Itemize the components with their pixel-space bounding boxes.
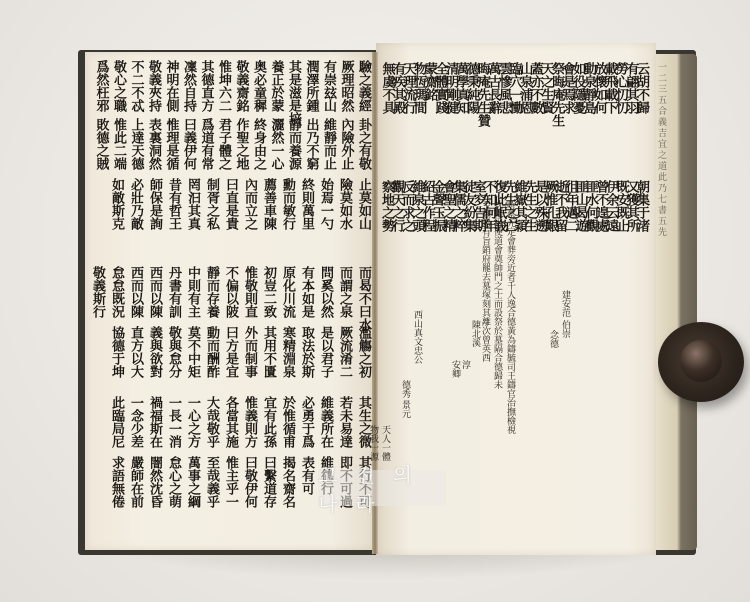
text-column: 神明在側 — [165, 60, 178, 112]
text-column: 原化川流 — [281, 266, 294, 318]
text-column: 寒精淵泉 — [281, 326, 294, 378]
text-column: 驗之義經 — [357, 60, 370, 112]
small-note-column: 西山真文忠公 — [412, 310, 421, 364]
text-column: 惟坤六二 — [217, 60, 230, 112]
text-column: 怠心之萌 — [167, 456, 180, 508]
text-column: 厥理昭然 — [340, 60, 353, 112]
text-column: 察地之勢 — [380, 180, 393, 232]
text-column: 薦善車陳 — [262, 178, 275, 230]
small-note-column: 伯崇 — [560, 320, 569, 338]
text-column: 一心之方 — [186, 396, 199, 448]
text-column: 是以君子 — [319, 326, 332, 378]
text-column: 惟此二端 — [112, 118, 125, 170]
text-column: 至哉義乎 — [205, 456, 218, 508]
text-column: 各當其施 — [224, 396, 237, 448]
text-column: 作聖之地 — [235, 118, 248, 170]
small-note-column: 淳 — [460, 360, 469, 369]
text-column: 維靜而止 — [322, 118, 335, 170]
text-column: 而曷不曰水 — [357, 266, 370, 331]
text-column: 西而以陳 — [148, 266, 161, 318]
small-note-column: 陳北溪 — [470, 320, 479, 347]
text-column: 凜然自持 — [182, 60, 195, 112]
text-column: 制胥之私 — [205, 178, 218, 230]
underlying-page-text: 一二三五合義吉宜之道此乃七書五先 — [658, 62, 668, 542]
text-column: 終則萬里 — [300, 178, 313, 230]
text-column: 灑然一心 — [270, 118, 283, 170]
text-column: 靜而存養 — [205, 266, 218, 318]
text-column: 始焉一勺 — [319, 178, 332, 230]
text-column: 一長一消 — [167, 396, 180, 448]
text-column: 若未易達 — [338, 396, 351, 448]
text-column: 而謂之泉 — [338, 266, 351, 318]
text-column: 敬心之職 — [112, 60, 125, 112]
text-column: 罔汩其真 — [186, 178, 199, 230]
text-column: 君子體之 — [217, 118, 230, 170]
small-note-column: 德秀 — [400, 380, 409, 398]
text-column: 勳而敏行 — [281, 178, 294, 230]
text-column: 卦之有敬 — [357, 118, 370, 170]
text-column: 曰方是宜 — [224, 326, 237, 378]
text-column: 嚴師在前 — [129, 456, 142, 508]
text-column: 惟理是循 — [165, 118, 178, 170]
text-column: 敬與怠分 — [167, 326, 180, 378]
text-column: 敬義夾持 — [147, 60, 160, 112]
text-column: 丹書有訓 — [167, 266, 180, 318]
text-column: 外而制事 — [243, 326, 256, 378]
text-column: 一念少差 — [129, 396, 142, 448]
text-column: 萬事之綱 — [186, 456, 199, 508]
text-column: 險莫如水 — [338, 178, 351, 230]
small-note-column: 建安范 — [560, 290, 569, 317]
text-column: 禍福斯在 — [148, 396, 161, 448]
text-column: 濫觴之初 — [357, 326, 370, 378]
text-column: 直方以大 — [129, 326, 142, 378]
text-column: 問奚以然 — [319, 266, 332, 318]
text-column: 宜有此孫 — [262, 396, 275, 448]
text-column: 義與欲對 — [148, 326, 161, 378]
small-note-column: 至翻陽有旨銷府罷去墓塚刻其離次曾英西 — [480, 200, 489, 362]
text-column: 昔有哲王 — [167, 178, 180, 230]
text-column: 曰直是貴 — [224, 178, 237, 230]
text-column: 其是滋是培 — [287, 60, 300, 125]
text-column: 此臨局尼 — [110, 396, 123, 448]
text-column: 終身由之 — [252, 118, 265, 170]
text-column: 中則有主 — [186, 266, 199, 318]
text-column: 內險外止 — [340, 118, 353, 170]
text-column: 有本如是 — [300, 266, 313, 318]
text-column: 出乃不窮 — [305, 118, 318, 170]
small-note-column: 枕楊因便道會奠帥門之士而設祭於墓隔合德歸未 — [492, 200, 501, 389]
text-column: 取法於斯 — [300, 326, 313, 378]
text-column: 必勇于爲 — [300, 396, 313, 448]
text-column: 表裏洞然 — [147, 118, 160, 170]
text-column: 厥流淆二 — [338, 326, 351, 378]
text-column: 曰敬伊何 — [243, 456, 256, 508]
text-column: 求語無倦 — [110, 456, 123, 508]
text-column: 不偏以陂 — [224, 266, 237, 318]
text-column: 惟主乎一 — [224, 456, 237, 508]
text-column: 內而立之 — [243, 178, 256, 230]
text-column: 曰義伊何 — [182, 118, 195, 170]
text-column: 有崇玆山 — [322, 60, 335, 112]
text-column: 怠怠既況 — [110, 266, 123, 318]
text-column: 維義所在 — [319, 396, 332, 448]
paper-weight-knob — [680, 340, 722, 382]
text-column: 如敵斯克 — [110, 178, 123, 230]
small-note-column: 景元 — [400, 400, 409, 418]
text-column: 協德于坤 — [110, 326, 123, 378]
text-column: 不二不忒 — [130, 60, 143, 112]
text-column: 曰繫道存 — [262, 456, 275, 508]
text-column: 大哉敬乎 — [205, 396, 218, 448]
text-column: 師保是詢 — [148, 178, 161, 230]
text-column: 闇然沈昏 — [148, 456, 161, 508]
watermark: 고전의 나라 — [318, 470, 446, 506]
small-note-column: 天人一體 — [380, 425, 389, 461]
text-column: 止莫如山 — [357, 178, 370, 230]
text-column: 爲然枉邪 — [95, 60, 108, 112]
small-note-column: 時蔡元定會葬旁近者千人逸合德黃為鑄毓司王鑄官治撫檢視 — [505, 200, 514, 434]
text-column: 無虞不具 — [381, 62, 394, 114]
small-note-column: 念德 — [548, 330, 557, 348]
text-column: 潤澤所鍾 — [305, 60, 318, 112]
text-column: 其德直方 — [200, 60, 213, 112]
text-column: 爲道有常 — [200, 118, 213, 170]
paper-weight — [658, 322, 744, 402]
text-column: 揭名齋名 — [281, 456, 294, 508]
text-column: 敬義齋銘 — [235, 60, 248, 112]
text-column: 必壯乃敵 — [129, 178, 142, 230]
text-column: 靜而養源 — [287, 118, 300, 170]
text-column: 於惟循甫 — [281, 396, 294, 448]
text-column: 惟義則方 — [243, 396, 256, 448]
text-column: 養正於蒙 — [270, 60, 283, 112]
text-column: 惟敬則直 — [243, 266, 256, 318]
text-column: 表有可 — [300, 456, 313, 495]
text-column: 奥必童穉 — [252, 60, 265, 112]
text-column: 莫不中矩 — [186, 326, 199, 378]
small-note-column: 安卿 — [450, 360, 459, 378]
text-column: 西而以陳 — [129, 266, 142, 318]
text-column: 初豈二致 — [262, 266, 275, 318]
text-column: 其用不匱 — [262, 326, 275, 378]
text-column: 敗德之賊 — [95, 118, 108, 170]
small-note-column: 物我一源 — [368, 425, 377, 461]
text-column: 敬義斯行 — [91, 266, 104, 318]
text-column: 動而酬酢 — [205, 326, 218, 378]
text-column: 上達天德 — [130, 118, 143, 170]
